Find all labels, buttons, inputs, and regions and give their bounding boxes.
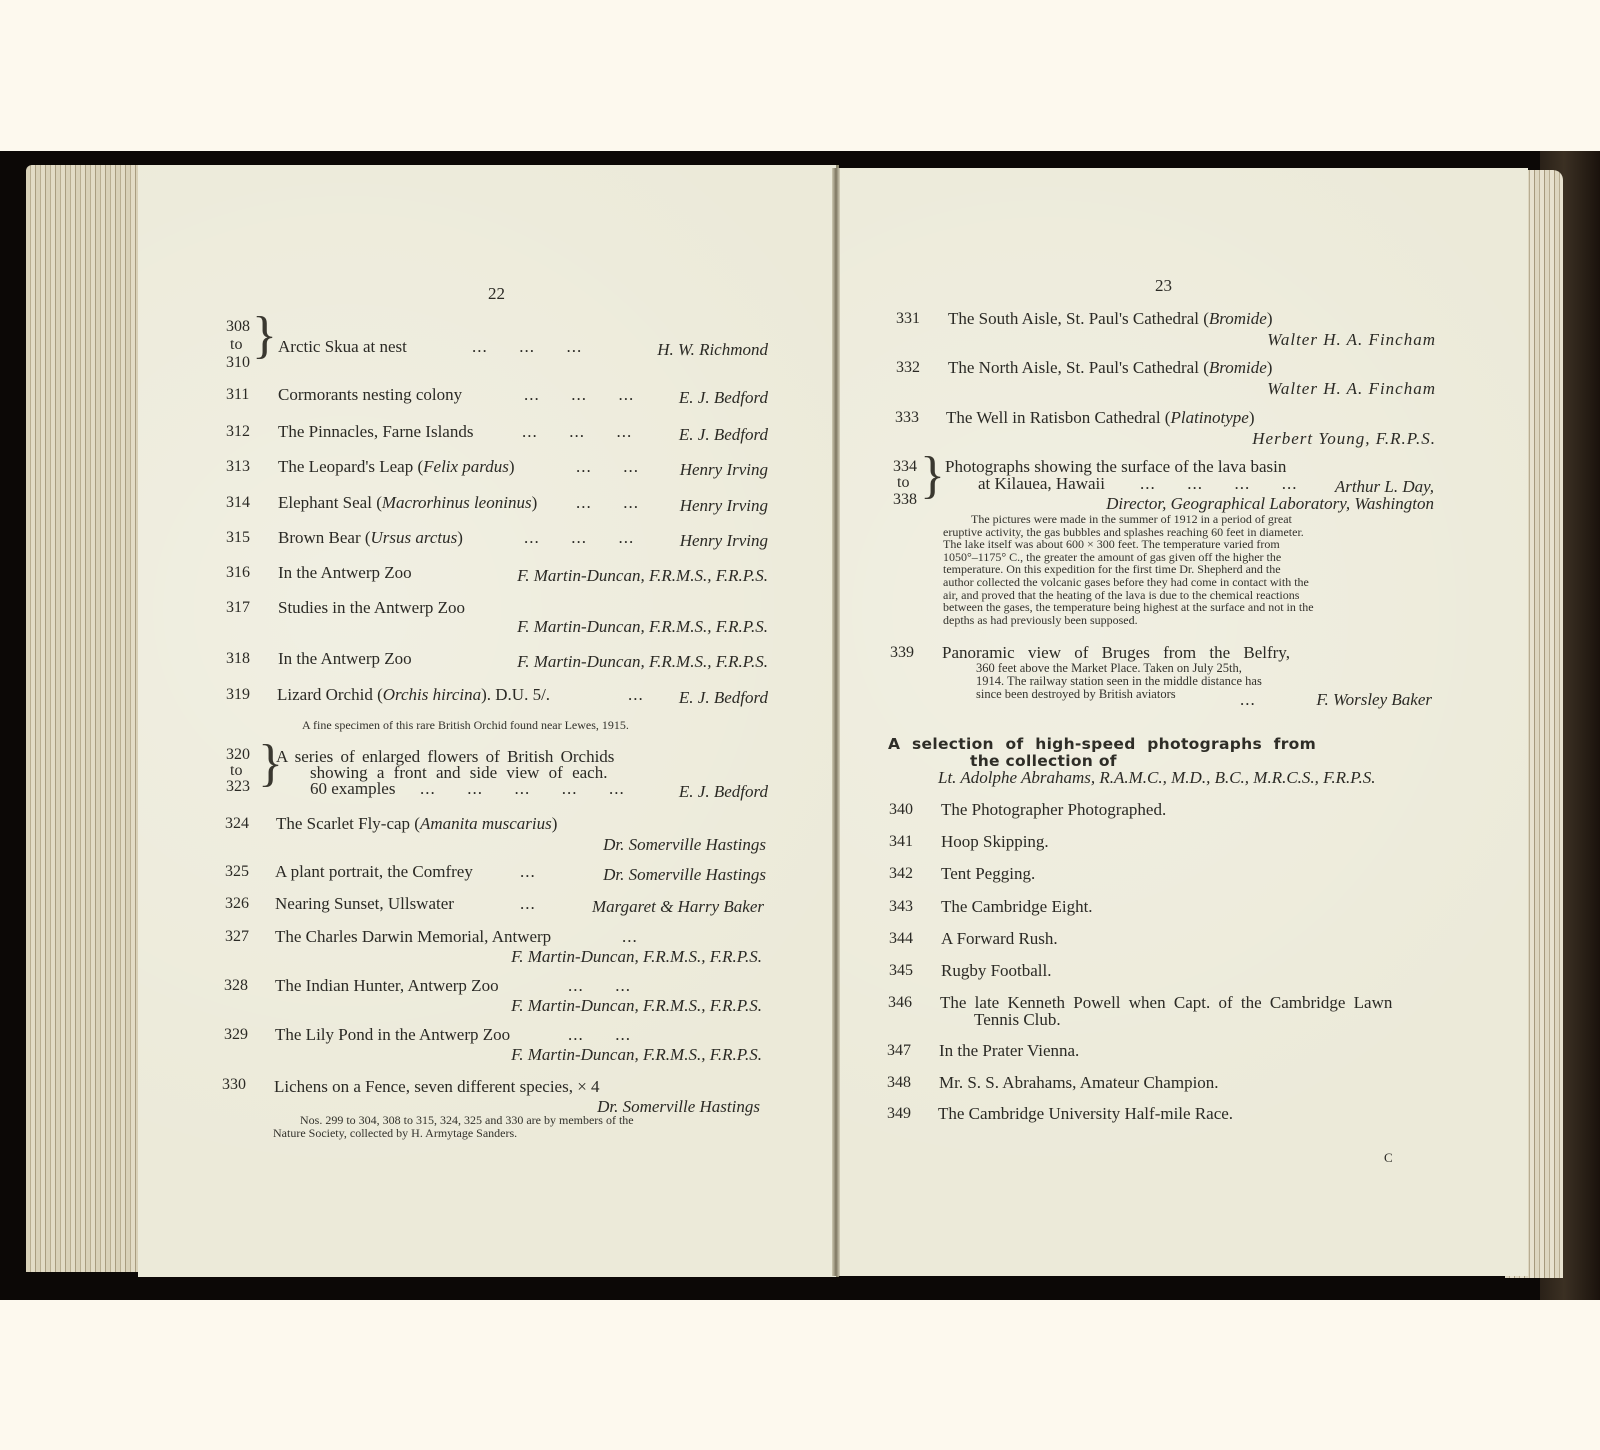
entry-author: Dr. Somerville Hastings: [603, 865, 766, 884]
entry-title: The North Aisle, St. Paul's Cathedral (B…: [948, 358, 1272, 377]
entry-number: 346: [888, 994, 912, 1012]
section-heading: A selection of high-speed photographs fr…: [888, 735, 1316, 753]
entry-title: The Cambridge University Half-mile Race.: [938, 1104, 1233, 1123]
left-page-stack: [26, 165, 146, 1272]
leader-dots: ...: [1240, 690, 1256, 709]
entry-title: The South Aisle, St. Paul's Cathedral (B…: [948, 309, 1272, 328]
entry-author: Margaret & Harry Baker: [592, 897, 764, 916]
entry-title: The Charles Darwin Memorial, Antwerp: [275, 927, 551, 946]
entry-title: The Leopard's Leap (Felix pardus): [278, 457, 515, 476]
entry-title: Lichens on a Fence, seven different spec…: [274, 1077, 600, 1096]
entry-title: Tennis Club.: [974, 1010, 1061, 1029]
entry-number: 325: [225, 863, 249, 881]
entry-author: H. W. Richmond: [657, 340, 768, 359]
entry-title: The Photographer Photographed.: [941, 800, 1166, 819]
leader-dots: ... ... ...: [524, 528, 634, 547]
footnote: Nature Society, collected by H. Armytage…: [273, 1127, 517, 1140]
entry-author: Walter H. A. Fincham: [1267, 330, 1436, 349]
leader-dots: ... ... ... ... ...: [420, 779, 625, 798]
entry-number: 326: [225, 895, 249, 913]
entry-author: E. J. Bedford: [679, 388, 768, 407]
entry-note: A fine specimen of this rare British Orc…: [302, 719, 629, 732]
entry-author: F. Martin-Duncan, F.R.M.S., F.R.P.S.: [517, 617, 768, 636]
entry-author: F. Martin-Duncan, F.R.M.S., F.R.P.S.: [511, 1045, 762, 1064]
section-author: Lt. Adolphe Abrahams, R.A.M.C., M.D., B.…: [938, 768, 1375, 787]
entry-number: 327: [225, 928, 249, 946]
entry-range-to: to: [897, 474, 909, 492]
entry-author-affiliation: Director, Geographical Laboratory, Washi…: [1106, 494, 1434, 513]
entry-title: Elephant Seal (Macrorhinus leoninus): [278, 493, 537, 512]
entry-note: The pictures were made in the summer of …: [943, 513, 1383, 626]
entry-title: The Indian Hunter, Antwerp Zoo: [275, 976, 499, 995]
entry-title: Nearing Sunset, Ullswater: [275, 894, 454, 913]
signature-mark: C: [1384, 1150, 1393, 1166]
entry-title: Mr. S. S. Abrahams, Amateur Champion.: [939, 1073, 1219, 1092]
entry-title: Panoramic view of Bruges from the Belfry…: [942, 643, 1290, 662]
entry-number: 343: [889, 898, 913, 916]
entry-title: In the Prater Vienna.: [939, 1041, 1079, 1060]
leader-dots: ... ... ...: [524, 385, 634, 404]
entry-author: E. J. Bedford: [679, 688, 768, 707]
entry-author: Walter H. A. Fincham: [1267, 379, 1436, 398]
entry-author: Henry Irving: [680, 496, 768, 515]
entry-number: 316: [226, 564, 250, 582]
entry-title: A plant portrait, the Comfrey: [275, 862, 473, 881]
page-number-left: 22: [488, 284, 505, 304]
entry-number: 331: [896, 310, 920, 328]
entry-range-to: to: [230, 336, 242, 354]
entry-number: 349: [887, 1105, 911, 1123]
range-brace: }: [920, 450, 945, 502]
entry-author: Herbert Young, F.R.P.S.: [1252, 429, 1436, 448]
entry-title: In the Antwerp Zoo: [278, 649, 412, 668]
entry-number: 312: [226, 423, 250, 441]
entry-number: 342: [889, 865, 913, 883]
entry-number: 323: [226, 778, 250, 796]
entry-author: F. Worsley Baker: [1316, 690, 1432, 709]
leader-dots: ...: [520, 862, 536, 881]
leader-dots: ... ...: [576, 457, 639, 476]
footnote: Nos. 299 to 304, 308 to 315, 324, 325 an…: [300, 1114, 634, 1127]
leader-dots: ...: [628, 685, 644, 704]
entry-title: The Lily Pond in the Antwerp Zoo: [275, 1025, 510, 1044]
entry-number: 347: [887, 1042, 911, 1060]
entry-title: The Well in Ratisbon Cathedral (Platinot…: [946, 408, 1255, 427]
entry-title: The Cambridge Eight.: [941, 897, 1093, 916]
entry-title: A Forward Rush.: [941, 929, 1058, 948]
entry-author: F. Martin-Duncan, F.R.M.S., F.R.P.S.: [517, 566, 768, 585]
entry-title: Cormorants nesting colony: [278, 385, 462, 404]
entry-title: Lizard Orchid (Orchis hircina). D.U. 5/.: [277, 685, 550, 704]
entry-number: 314: [226, 494, 250, 512]
entry-number: 340: [889, 801, 913, 819]
entry-title: The Pinnacles, Farne Islands: [278, 422, 473, 441]
entry-number: 344: [889, 930, 913, 948]
leader-dots: ... ... ...: [522, 422, 632, 441]
entry-number: 339: [890, 644, 914, 662]
entry-author: E. J. Bedford: [679, 782, 768, 801]
entry-title: Tent Pegging.: [941, 864, 1035, 883]
entry-title: 60 examples: [310, 779, 395, 798]
leader-dots: ... ...: [568, 1025, 631, 1044]
entry-number: 329: [224, 1026, 248, 1044]
leader-dots: ...: [520, 894, 536, 913]
entry-number: 319: [226, 686, 250, 704]
entry-title: Studies in the Antwerp Zoo: [278, 598, 465, 617]
entry-subtitle: 360 feet above the Market Place. Taken o…: [976, 662, 1262, 701]
entry-number: 313: [226, 458, 250, 476]
entry-author: E. J. Bedford: [679, 425, 768, 444]
entry-title: In the Antwerp Zoo: [278, 563, 412, 582]
entry-number: 333: [895, 409, 919, 427]
leader-dots: ... ...: [576, 493, 639, 512]
entry-title: The Scarlet Fly-cap (Amanita muscarius): [276, 814, 557, 833]
entry-number: 348: [887, 1074, 911, 1092]
entry-number: 328: [224, 977, 248, 995]
entry-author: Dr. Somerville Hastings: [603, 835, 766, 854]
entry-author: F. Martin-Duncan, F.R.M.S., F.R.P.S.: [511, 996, 762, 1015]
entry-number: 310: [226, 354, 250, 372]
entry-number: 338: [893, 491, 917, 509]
entry-number: 308: [226, 318, 250, 336]
entry-author: Henry Irving: [680, 531, 768, 550]
entry-title: Rugby Football.: [941, 961, 1052, 980]
leader-dots: ...: [622, 927, 638, 946]
entry-title: Brown Bear (Ursus arctus): [278, 528, 463, 547]
entry-title: at Kilauea, Hawaii: [978, 474, 1105, 493]
leader-dots: ... ...: [568, 976, 631, 995]
entry-number: 317: [226, 599, 250, 617]
entry-number: 345: [889, 962, 913, 980]
entry-author: F. Martin-Duncan, F.R.M.S., F.R.P.S.: [511, 947, 762, 966]
entry-number: 332: [896, 359, 920, 377]
entry-number: 315: [226, 529, 250, 547]
entry-number: 311: [226, 386, 249, 404]
entry-author: F. Martin-Duncan, F.R.M.S., F.R.P.S.: [517, 652, 768, 671]
entry-number: 324: [225, 815, 249, 833]
leader-dots: ... ... ... ...: [1140, 474, 1298, 493]
entry-title: Arctic Skua at nest: [278, 337, 407, 356]
page-number-right: 23: [1155, 276, 1172, 296]
entry-number: 330: [222, 1076, 246, 1094]
entry-number: 318: [226, 650, 250, 668]
range-brace: }: [252, 310, 277, 362]
entry-title: Hoop Skipping.: [941, 832, 1049, 851]
book-gutter: [832, 168, 840, 1276]
leader-dots: ... ... ...: [472, 337, 582, 356]
entry-author: Henry Irving: [680, 460, 768, 479]
entry-number: 341: [889, 833, 913, 851]
